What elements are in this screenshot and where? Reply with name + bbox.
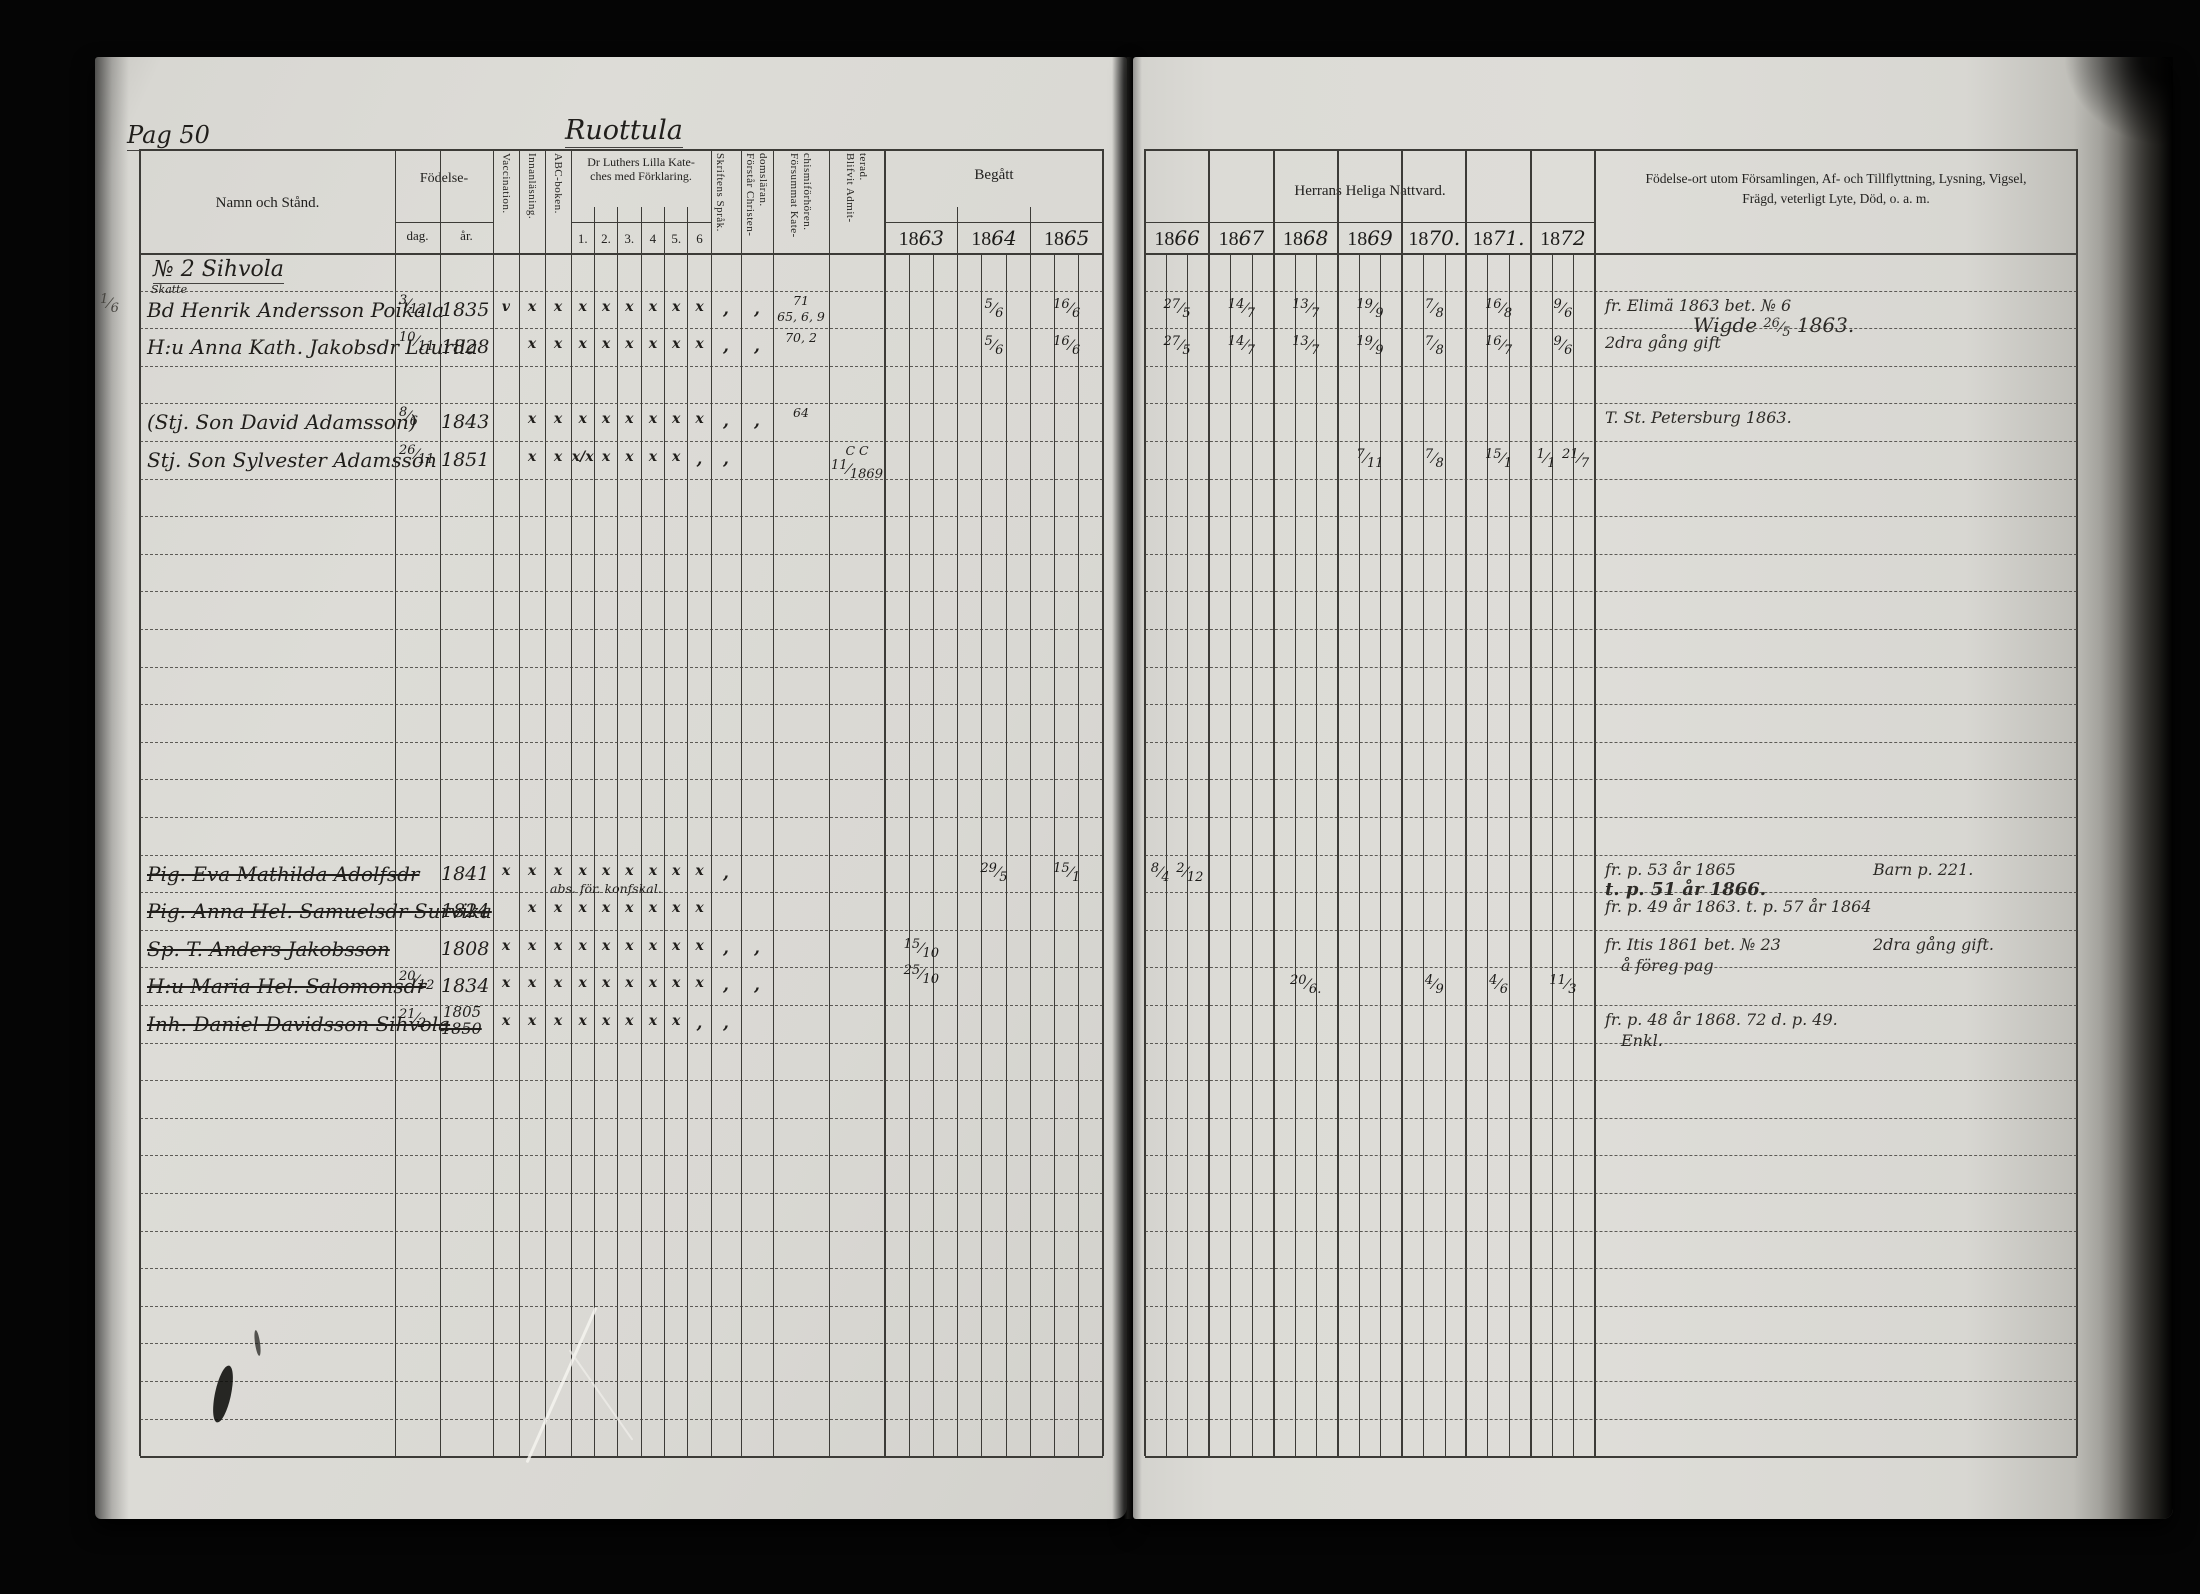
grid-line [545,149,546,1456]
ruled-line [1145,817,2077,818]
check-mark: x [689,900,711,916]
page-corner-shadow [2063,57,2173,147]
check-mark: x [547,863,569,879]
check-mark: x [547,938,569,954]
check-mark: , [715,863,737,883]
ruled-line [140,930,1103,931]
check-mark: x [618,1013,640,1029]
check-mark: x [618,336,640,352]
grid-line [140,253,1103,255]
check-mark: x [689,336,711,352]
communion-date: 20⁄6. [1275,973,1337,997]
ruled-line [140,1118,1103,1119]
ruled-line [1145,1155,2077,1156]
ruled-line [1145,967,2077,968]
check-mark: x [521,411,543,427]
ruled-line [1145,1231,2077,1232]
check-mark: x [689,975,711,991]
ruled-line [140,1381,1103,1382]
ruled-line [140,291,1103,292]
birth-day: 8⁄6 [399,405,418,429]
person-name: Pig. Eva Mathilda Adolfsdr [147,862,419,886]
ruled-line [1145,591,2077,592]
catechism-sub-header: 5. [666,231,686,247]
check-mark: x [618,449,640,465]
check-mark: , [715,938,737,958]
year-header: 1866 [1147,226,1207,251]
admitted-note: 11⁄1869 [831,458,883,482]
communion-date: 27⁄5 [1146,297,1208,321]
check-mark: x [547,336,569,352]
check-mark: x [547,411,569,427]
check-mark: x [572,938,594,954]
catechism-note: abs. för. konfskal. [550,881,662,896]
communion-date: 7⁄8 [1403,447,1465,471]
communion-date: 13⁄7 [1275,334,1337,358]
year-header: 1865 [1037,226,1097,251]
book-gutter-shadow [1112,57,1142,1519]
check-mark: x [665,411,687,427]
check-mark: x [665,863,687,879]
communion-date: 4⁄9 [1403,973,1465,997]
ruled-line [140,1268,1103,1269]
check-mark: x [547,1013,569,1029]
remarks-note: fr. Itis 1861 bet. № 23 [1605,935,1781,954]
check-mark: x [572,411,594,427]
check-mark: x [495,1013,517,1029]
catechism-sub-header: 4 [643,231,663,247]
ruled-line [140,1080,1103,1081]
check-mark: x [689,938,711,954]
birth-year: 1808 [441,938,489,960]
column-header-abc-book: ABC-boken. [551,153,564,253]
catechism-sub-header: 1. [573,231,593,247]
person-name: Stj. Son Sylvester Adamsson [147,448,437,472]
grid-line [829,149,830,1456]
birth-year: 1841 [441,863,489,885]
ruled-line [1145,742,2077,743]
column-header-scripture-language: Skriftens Språk. [713,153,726,253]
grid-line [1102,149,1104,1456]
grid-line [140,149,1103,151]
ruled-line [1145,516,2077,517]
check-mark: , [689,449,711,469]
ruled-line [1145,1043,2077,1044]
check-mark: x [572,336,594,352]
check-mark: x [595,900,617,916]
check-mark: , [746,938,768,958]
birth-year: 1824 [441,900,489,922]
column-header-reading: Innanläsning. [525,153,538,253]
check-mark: x [595,938,617,954]
check-mark: x [595,411,617,427]
communion-date: 9⁄6 [1532,297,1594,321]
grid-line [1145,1456,2077,1458]
year-header: 1864 [964,226,1024,251]
check-mark: x [595,975,617,991]
missed-examination-note: 64 [774,405,828,420]
check-mark: x [642,900,664,916]
grid-line [1594,149,1596,1456]
check-mark: , [715,449,737,469]
ruled-line [140,629,1103,630]
ruled-line [1145,1005,2077,1006]
communion-date: 16⁄8 [1468,297,1530,321]
check-mark: x [618,900,640,916]
ruled-line [1145,1080,2077,1081]
birth-day: 20⁄12 [399,969,434,993]
ruled-line [1145,779,2077,780]
check-mark: x [665,975,687,991]
ruled-line [140,1193,1103,1194]
check-mark: x [689,863,711,879]
communion-date: 8⁄4 2⁄12 [1146,861,1208,885]
remarks-note: Enkl. [1621,1031,1663,1050]
birth-year: 1834 [441,975,489,997]
ruled-line [140,1231,1103,1232]
ruled-line [140,704,1103,705]
grid-line [1145,253,2077,255]
check-mark: x [521,900,543,916]
column-header-name: Namn och Stånd. [140,195,395,212]
missed-examination-note: 71 [774,293,828,308]
check-mark: x [618,299,640,315]
ruled-line [1145,1118,2077,1119]
spine-shading [95,57,129,1519]
communion-date: 19⁄9 [1339,297,1401,321]
communion-date: 7⁄8 [1403,297,1465,321]
grid-line [519,149,520,1456]
check-mark: x [642,938,664,954]
communion-date: 1⁄1 21⁄7 [1532,447,1594,471]
check-mark: x [547,975,569,991]
grid-line [493,149,494,1456]
ruled-line [140,1419,1103,1420]
remarks-note: 2dra gång gift [1605,333,1721,352]
birth-day: 26⁄11 [399,443,434,467]
check-mark: , [746,336,768,356]
ruled-line [140,742,1103,743]
church-book-scan: Pag 50 Ruottula Namn och Stånd. Födelse-… [0,0,2200,1594]
check-mark: , [689,1013,711,1033]
check-mark: x [665,299,687,315]
page-edge-shading [2073,57,2173,1519]
check-mark: x [521,1013,543,1029]
birth-day: 3⁄12 [399,293,426,317]
ruled-line [140,667,1103,668]
ruled-line [1145,479,2077,480]
ruled-line [140,591,1103,592]
year-header: 1869 [1340,226,1400,251]
grid-line [884,149,886,1456]
check-mark: x [642,411,664,427]
year-header: 1872 [1533,226,1593,251]
check-mark: x [495,938,517,954]
remarks-note: å föreg pag [1621,956,1714,975]
communion-date: 7⁄8 [1403,334,1465,358]
margin-annotation: 1⁄6 [100,292,119,316]
ruled-line [1145,291,2077,292]
column-header-notes: Födelse-ort utom Församlingen, Af- och T… [1595,169,2077,209]
birth-year-struck: 1850 [441,1019,482,1038]
remarks-note: 2dra gång gift. [1873,935,1994,954]
communion-date: 15⁄1 [1037,861,1097,885]
grid-line [140,1456,1103,1458]
right-page: Herrans Heliga Nattvard. Födelse-ort uto… [1133,57,2173,1519]
catechism-sub-header: 2. [596,231,616,247]
check-mark: , [715,975,737,995]
check-mark: x [521,863,543,879]
grid-line [741,149,742,1456]
ruled-line [140,779,1103,780]
ruled-line [140,441,1103,442]
year-header: 1871. [1469,226,1529,251]
check-mark: x [642,1013,664,1029]
column-header-vaccination: Vaccination. [499,153,512,253]
check-mark: x [642,863,664,879]
check-mark: x [521,938,543,954]
name-annotation: Skatte [151,283,187,296]
check-mark: x [521,975,543,991]
birth-day: 21⁄2 [399,1007,426,1031]
check-mark: x [642,975,664,991]
ruled-line [1145,855,2077,856]
check-mark: , [715,336,737,356]
check-mark: x [547,299,569,315]
ruled-line [140,967,1103,968]
check-mark: , [746,299,768,319]
check-mark: x [665,336,687,352]
column-header-birth: Födelse- [395,171,493,187]
ruled-line [140,479,1103,480]
check-mark: x [618,411,640,427]
ruled-line [140,516,1103,517]
check-mark: x [495,975,517,991]
communion-date: 14⁄7 [1210,334,1272,358]
check-mark: , [746,975,768,995]
ruled-line [1145,366,2077,367]
ruled-line [140,328,1103,329]
check-mark: v [495,299,517,315]
check-mark: x/x [572,449,594,465]
check-mark: x [665,938,687,954]
ruled-line [1145,704,2077,705]
left-page: Pag 50 Ruottula Namn och Stånd. Födelse-… [95,57,1127,1519]
page-number: Pag 50 [127,121,210,151]
ruled-line [140,403,1103,404]
check-mark: x [547,900,569,916]
communion-date: 9⁄6 [1532,334,1594,358]
ruled-line [1145,1343,2077,1344]
year-header: 1870. [1404,226,1464,251]
communion-date: 11⁄3 [1532,973,1594,997]
communion-date: 4⁄6 [1468,973,1530,997]
ruled-line [140,1005,1103,1006]
person-name: H:u Maria Hel. Salomonsdr [147,974,426,998]
remarks-note: fr. p. 48 år 1868. 72 d. p. 49. [1605,1010,1838,1029]
check-mark: x [642,336,664,352]
year-header: 1868 [1276,226,1336,251]
household-heading: № 2 Sihvola [153,257,284,282]
communion-date: 29⁄5 [964,861,1024,885]
ruled-line [140,1043,1103,1044]
check-mark: x [642,449,664,465]
check-mark: x [689,299,711,315]
check-mark: x [595,449,617,465]
remarks-note: fr. p. 53 år 1865 [1605,860,1736,879]
grid-line [571,222,711,223]
column-header-admitted: Blifvit Admit- terad. [843,153,869,253]
communion-date: 16⁄7 [1468,334,1530,358]
ruled-line [1145,1419,2077,1420]
communion-date: 27⁄5 [1146,334,1208,358]
column-header-catechism: Dr Luthers Lilla Kate- ches med Förklari… [571,155,711,183]
ruled-line [1145,403,2077,404]
check-mark: x [547,449,569,465]
check-mark: x [595,863,617,879]
check-mark: , [715,299,737,319]
check-mark: x [572,975,594,991]
ruled-line [1145,930,2077,931]
column-header-missed-examination: Försummat Kate- chismiförhören. [787,153,813,253]
communion-date: 5⁄6 [964,297,1024,321]
village-title: Ruottula [565,115,683,148]
check-mark: x [572,863,594,879]
check-mark: x [572,900,594,916]
communion-date: 16⁄6 [1037,297,1097,321]
check-mark: x [521,449,543,465]
ruled-line [1145,1268,2077,1269]
check-mark: x [595,1013,617,1029]
year-header: 1867 [1211,226,1271,251]
check-mark: x [495,863,517,879]
remarks-note: fr. p. 49 år 1863. t. p. 57 år 1864 [1605,897,1871,916]
check-mark: , [715,1013,737,1033]
ruled-line [1145,1306,2077,1307]
ruled-line [140,817,1103,818]
catechism-sub-header: 3. [619,231,639,247]
column-header-understands-doctrine: Förstår Christen- domsläran. [743,153,769,253]
grid-line [395,222,493,223]
check-mark: , [715,411,737,431]
column-header-communion: Herrans Heliga Nattvard. [1145,183,1595,200]
grid-line [885,222,1103,223]
birth-year: 1851 [441,449,489,471]
check-mark: , [746,411,768,431]
ruled-line [140,1155,1103,1156]
check-mark: x [618,863,640,879]
missed-examination-note: 65, 6, 9 [774,309,828,324]
check-mark: x [665,900,687,916]
birth-year: 1828 [441,336,489,358]
ruled-line [1145,667,2077,668]
communion-date: 14⁄7 [1210,297,1272,321]
grid-line [139,149,141,1456]
ruled-line [1145,554,2077,555]
ruled-line [140,366,1103,367]
check-mark: x [595,336,617,352]
remarks-note: T. St. Petersburg 1863. [1605,408,1792,427]
check-mark: x [665,449,687,465]
communion-date: 13⁄7 [1275,297,1337,321]
ruled-line [140,1343,1103,1344]
ruled-line [140,855,1103,856]
birth-year: 1843 [441,411,489,433]
person-name: (Stj. Son David Adamsson) [147,410,417,434]
ruled-line [1145,1193,2077,1194]
grid-line [1145,149,2077,151]
check-mark: x [618,975,640,991]
grid-line [711,149,712,1456]
communion-date: 19⁄9 [1339,334,1401,358]
admitted-note: C C [831,443,883,458]
birth-day: 10⁄11 [399,330,434,354]
check-mark: x [689,411,711,427]
check-mark: x [618,938,640,954]
column-header-birth-day: dag. [395,228,440,244]
grid-line [1145,222,1595,223]
check-mark: x [521,336,543,352]
communion-date: 7⁄11 [1339,447,1401,471]
ruled-line [1145,1381,2077,1382]
check-mark: x [595,299,617,315]
column-header-birth-year: år. [440,228,493,244]
ruled-line [140,554,1103,555]
person-name: Sp. T. Anders Jakobsson [147,937,390,961]
communion-date: 16⁄6 [1037,334,1097,358]
check-mark: x [665,1013,687,1029]
check-mark: x [521,299,543,315]
missed-examination-note: 70, 2 [774,330,828,345]
check-mark: x [642,299,664,315]
check-mark: x [572,1013,594,1029]
ruled-line [1145,441,2077,442]
communion-date: 15⁄1 [1468,447,1530,471]
birth-year: 1835 [441,299,489,321]
check-mark: x [572,299,594,315]
remarks-note: Barn p. 221. [1873,860,1973,879]
column-header-begatt: Begått [885,167,1103,184]
communion-date: 15⁄1025⁄10 [891,936,951,988]
ruled-line [140,1306,1103,1307]
communion-date: 5⁄6 [964,334,1024,358]
ruled-line [1145,629,2077,630]
ruled-line [1145,328,2077,329]
catechism-sub-header: 6 [690,231,710,247]
year-header: 1863 [891,226,951,251]
